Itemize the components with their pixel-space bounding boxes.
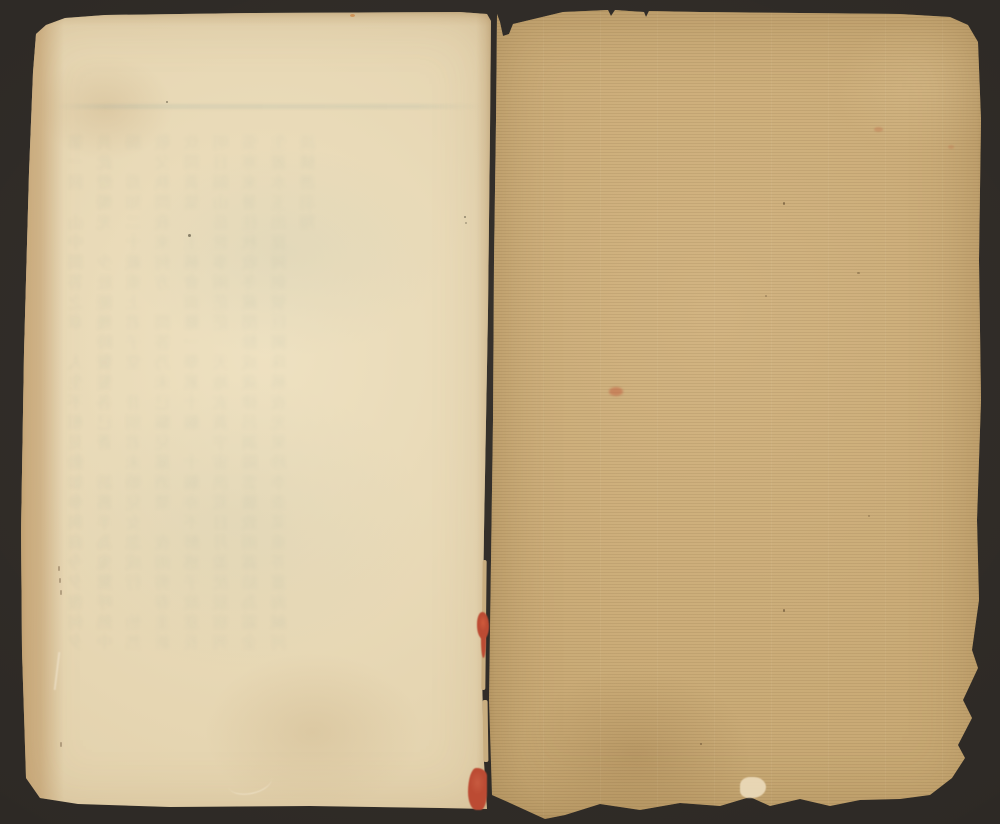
stitch-mark bbox=[58, 566, 60, 571]
red-ink-dot bbox=[609, 387, 623, 396]
red-freckle bbox=[948, 145, 954, 149]
stitch-mark bbox=[59, 578, 61, 583]
paper-speck bbox=[783, 609, 785, 612]
crease-scratch bbox=[54, 652, 61, 690]
crease-scratch bbox=[226, 767, 274, 799]
paper-speck bbox=[783, 202, 785, 205]
book-scan-canvas: 第一回 山中問答之章 人生不相見動如參與商今夕復何夕共此燈燭光 少壯能幾時鬢髮各… bbox=[0, 0, 1000, 824]
paper-speck bbox=[465, 222, 467, 224]
ink-bleedthrough-text: 第一回 山中問答之章 人生不相見動如參與商今夕復何夕共此燈燭光 少壯能幾時鬢髮各… bbox=[62, 134, 464, 654]
paper-speck bbox=[868, 515, 870, 517]
paper-speck bbox=[350, 14, 355, 17]
crease-band bbox=[56, 104, 482, 109]
red-wax-mark-lower bbox=[468, 768, 487, 810]
left-page: 第一回 山中問答之章 人生不相見動如參與商今夕復何夕共此燈燭光 少壯能幾時鬢髮各… bbox=[20, 12, 492, 812]
red-freckle bbox=[874, 127, 883, 132]
stitch-mark bbox=[60, 742, 62, 747]
paper-speck bbox=[464, 216, 466, 218]
stitch-mark bbox=[60, 590, 62, 595]
paper-speck bbox=[188, 234, 191, 237]
paper-speck bbox=[166, 101, 168, 103]
paper-speck bbox=[857, 272, 860, 274]
torn-paper-sliver bbox=[483, 700, 489, 762]
paper-speck bbox=[765, 295, 767, 297]
paper-speck bbox=[700, 743, 702, 745]
right-page bbox=[486, 5, 986, 820]
